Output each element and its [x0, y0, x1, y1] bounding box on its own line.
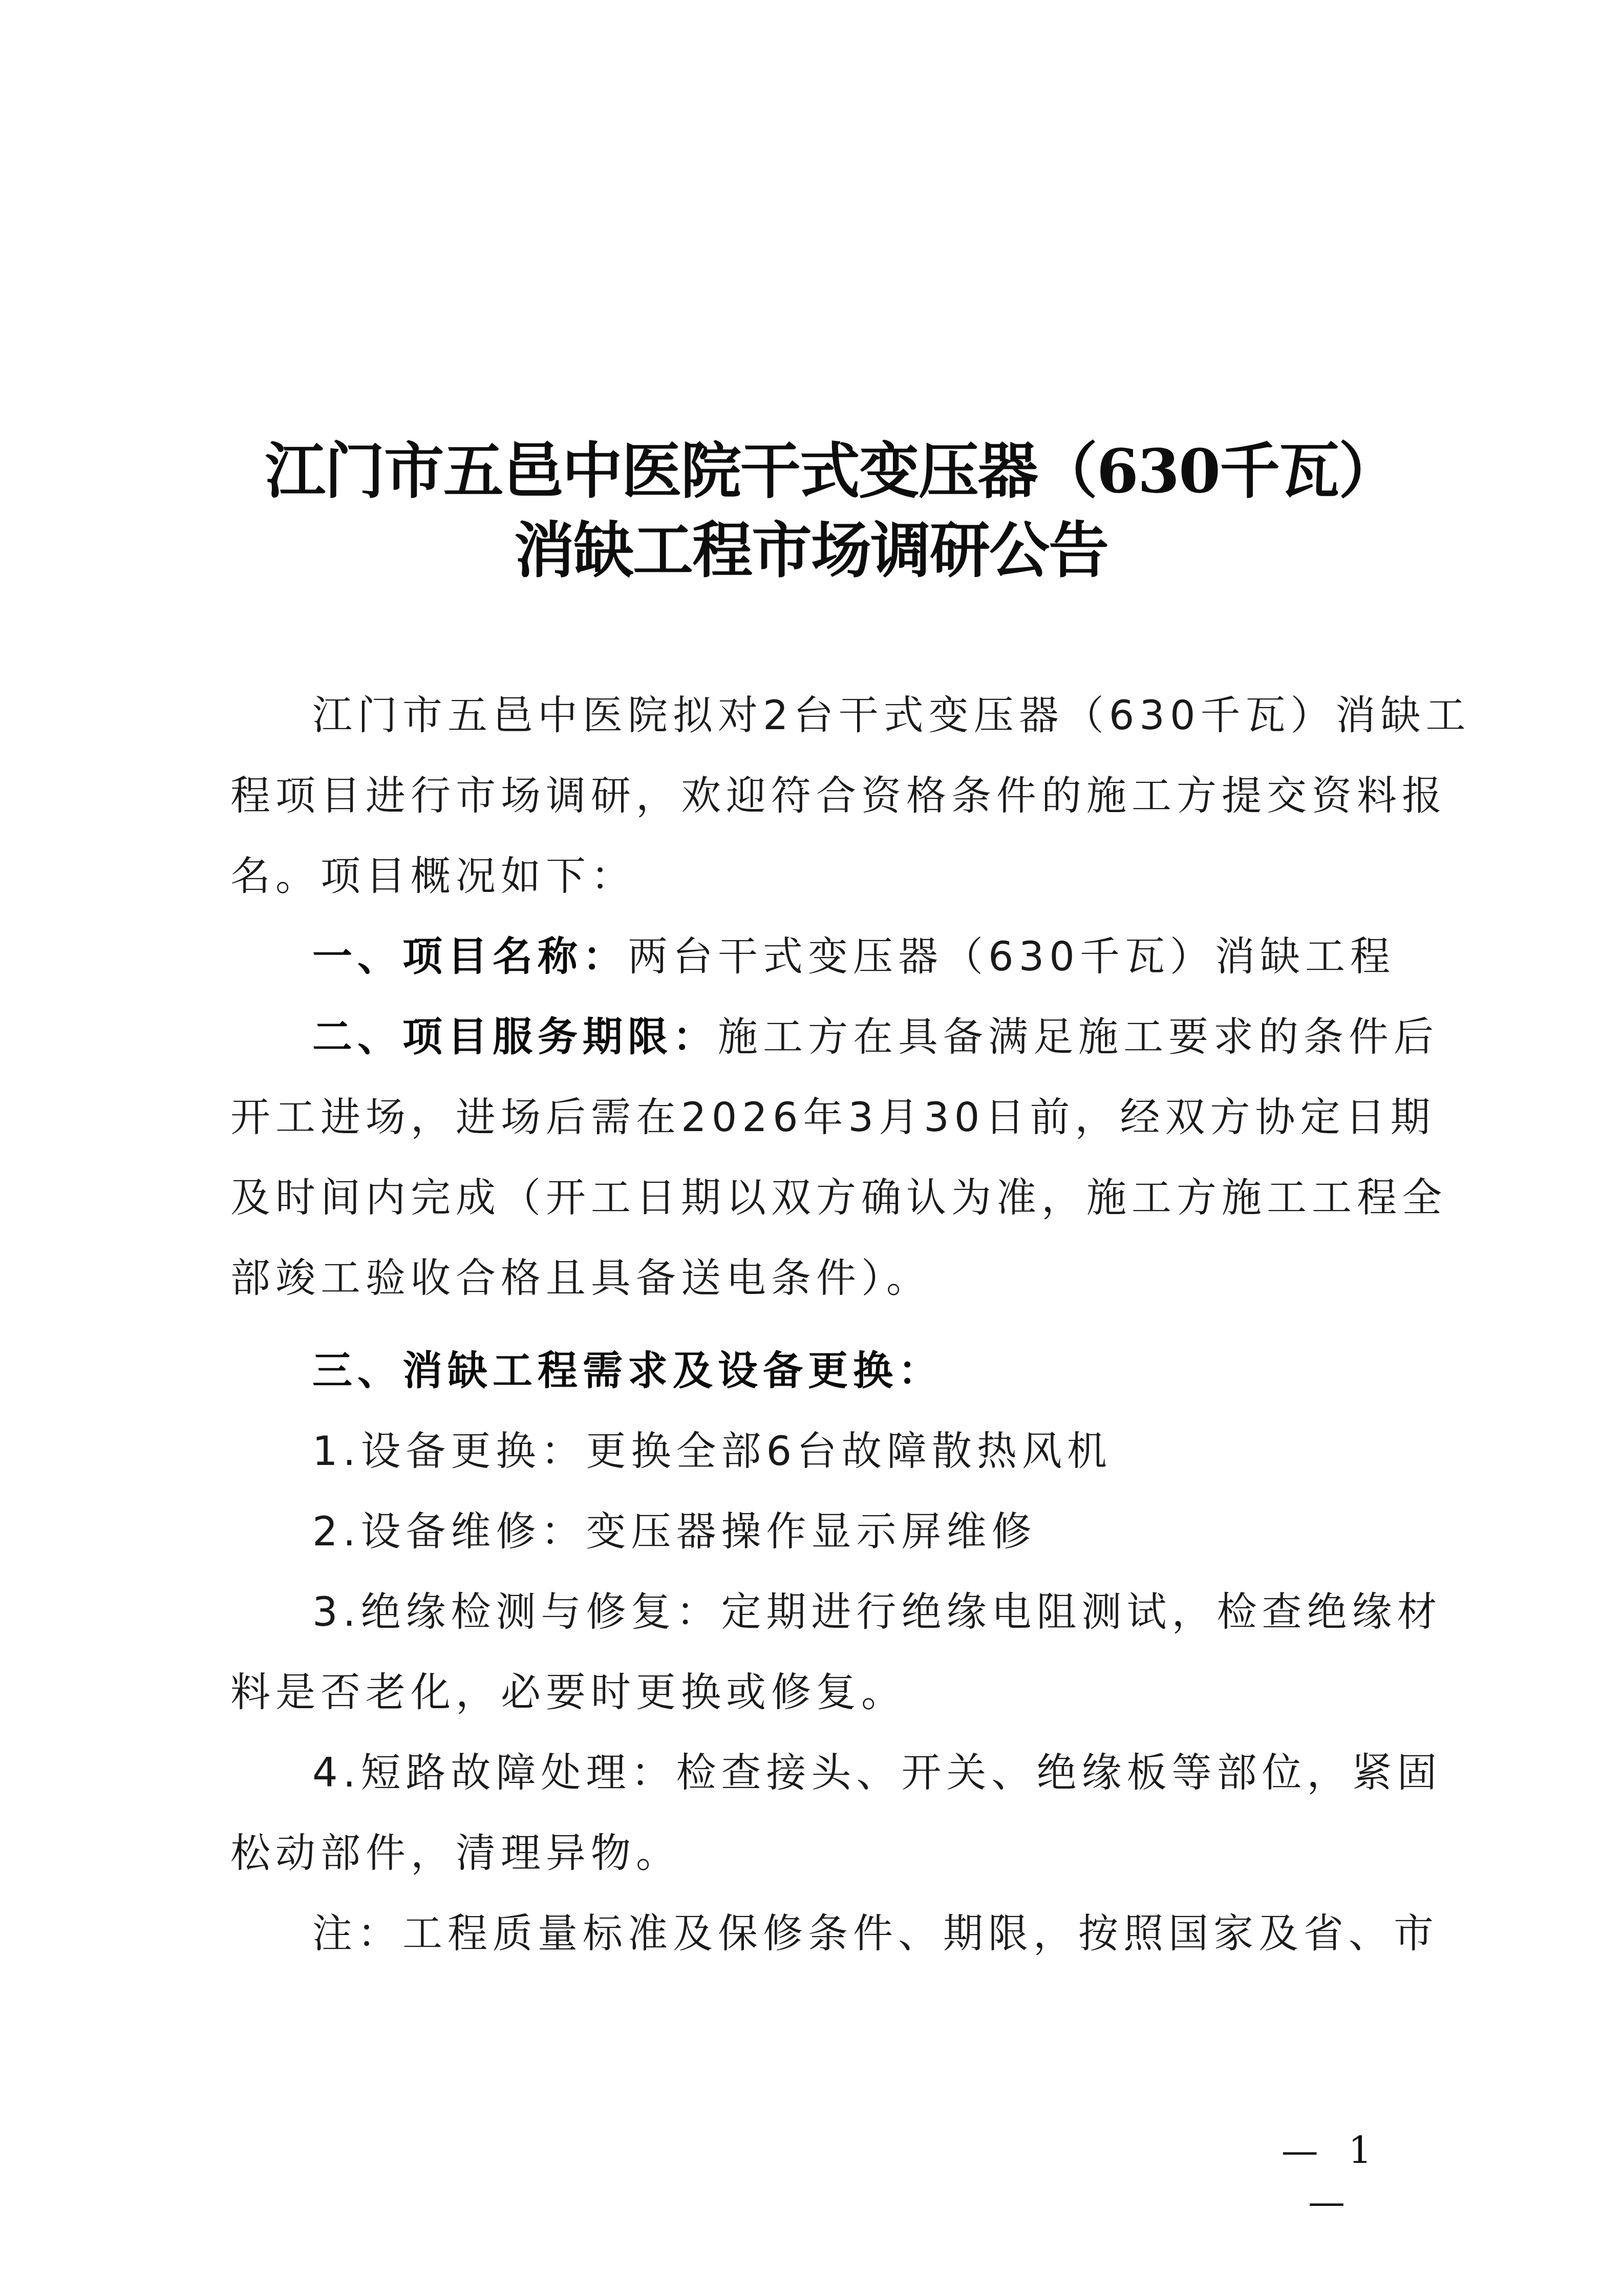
section-3-item-1: 1.设备更换：更换全部6台故障散热风机	[230, 1412, 1403, 1492]
section-3-item-4-line-1: 4.短路故障处理：检查接头、开关、绝缘板等部位，紧固	[230, 1733, 1403, 1814]
document-body: 江门市五邑中医院拟对2台干式变压器（630千瓦）消缺工 程项目进行市场调研，欢迎…	[230, 676, 1403, 1974]
section-1-project-name: 一、项目名称：两台干式变压器（630千瓦）消缺工程	[230, 917, 1403, 997]
section-2-text-1: 施工方在具备满足施工要求的条件后	[718, 1014, 1439, 1060]
section-3-item-3-line-2: 料是否老化，必要时更换或修复。	[230, 1653, 1403, 1733]
section-3-item-2: 2.设备维修：变压器操作显示屏维修	[230, 1492, 1403, 1572]
section-2-line-2: 开工进场，进场后需在2026年3月30日前，经双方协定日期	[230, 1078, 1403, 1158]
page-number: — 1 —	[1265, 2125, 1398, 2227]
intro-line-3: 名。项目概况如下：	[230, 837, 1403, 917]
section-2-line-4: 部竣工验收合格且具备送电条件）。	[230, 1239, 1403, 1319]
section-2-line-1: 二、项目服务期限：施工方在具备满足施工要求的条件后	[230, 997, 1403, 1078]
section-1-text: 两台干式变压器（630千瓦）消缺工程	[628, 934, 1395, 980]
document-title-line-2: 消缺工程市场调研公告	[0, 512, 1622, 589]
intro-line-1: 江门市五邑中医院拟对2台干式变压器（630千瓦）消缺工	[230, 676, 1403, 756]
section-3-item-4-line-2: 松动部件，清理异物。	[230, 1814, 1403, 1894]
section-1-heading: 一、项目名称：	[312, 934, 628, 980]
section-3-heading: 三、消缺工程需求及设备更换：	[230, 1331, 1403, 1412]
intro-line-2: 程项目进行市场调研，欢迎符合资格条件的施工方提交资料报	[230, 756, 1403, 837]
document-page: 江门市五邑中医院干式变压器（630千瓦） 消缺工程市场调研公告 江门市五邑中医院…	[0, 0, 1622, 2296]
section-2-heading: 二、项目服务期限：	[312, 1014, 718, 1060]
section-3-note: 注：工程质量标准及保修条件、期限，按照国家及省、市	[230, 1894, 1403, 1974]
section-2-line-3: 及时间内完成（开工日期以双方确认为准，施工方施工工程全	[230, 1158, 1403, 1239]
spacer	[230, 1319, 1403, 1331]
section-3-item-3-line-1: 3.绝缘检测与修复：定期进行绝缘电阻测试，检查绝缘材	[230, 1572, 1403, 1653]
document-title-line-1: 江门市五邑中医院干式变压器（630千瓦）	[20, 433, 1622, 509]
